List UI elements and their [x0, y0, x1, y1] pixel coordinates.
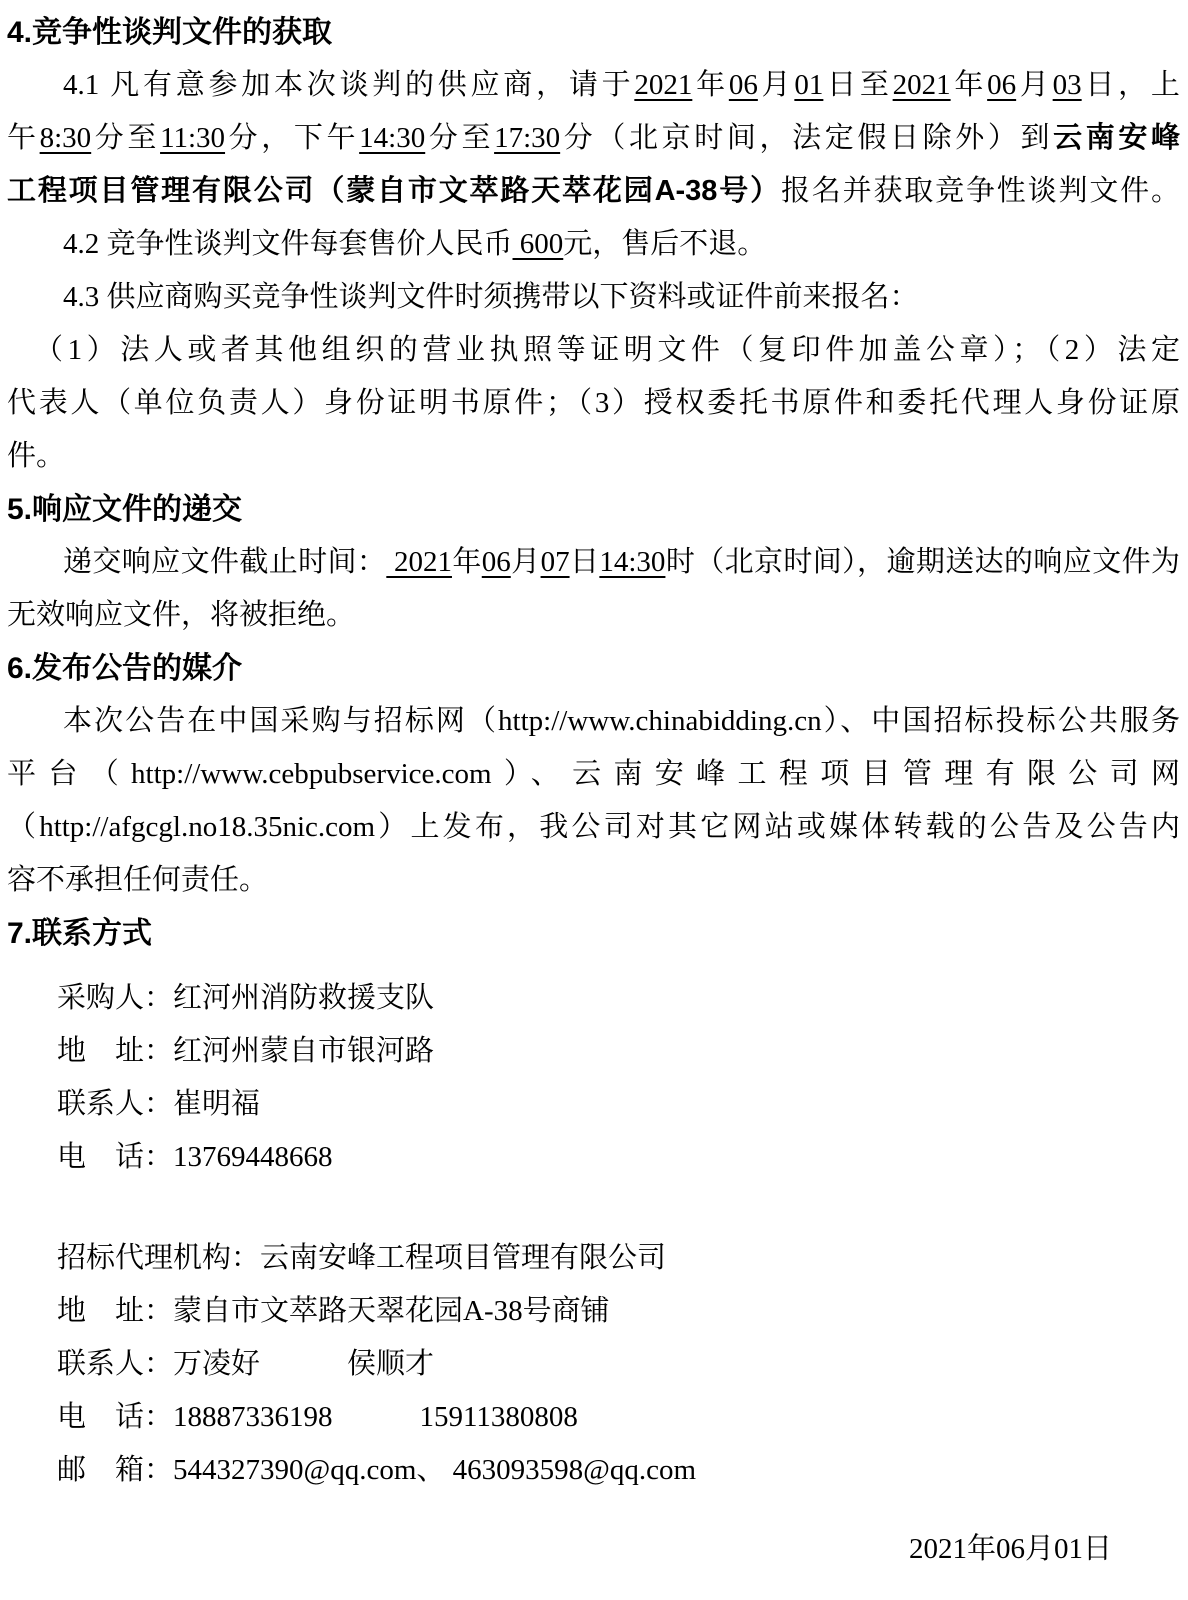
underlined-deadline-year: 2021	[386, 546, 452, 578]
para-6-line-3: （http://afgcgl.no18.35nic.com）上发布，我公司对其它…	[7, 801, 1180, 854]
para-6-line-4: 容不承担任何责任。	[7, 854, 1180, 907]
text-run: 分至	[425, 122, 494, 154]
underlined-date-month: 06	[987, 69, 1016, 101]
para-6-line-1: 本次公告在中国采购与招标网（http://www.chinabidding.cn…	[7, 695, 1180, 748]
para-4-3-item-line-2: 代表人（单位负责人）身份证明书原件；（3）授权委托书原件和委托代理人身份证原	[7, 377, 1180, 430]
para-4-1-line-3: 工程项目管理有限公司（蒙自市文萃路天萃花园A-38号）报名并获取竞争性谈判文件。	[7, 165, 1180, 218]
agency-phone: 电 话：18887336198 15911380808	[7, 1391, 1180, 1444]
text-run: 分（北京时间，法定假日除外）到	[560, 122, 1053, 154]
document-date: 2021年06月01日	[7, 1523, 1180, 1576]
text-run: 4.2 竞争性谈判文件每套售价人民币	[63, 228, 513, 260]
underlined-deadline-month: 06	[482, 546, 511, 578]
bold-agency-address: 工程项目管理有限公司（蒙自市文萃路天萃花园A-38号）	[7, 175, 781, 207]
para-5-line-1: 递交响应文件截止时间： 2021年06月07日14:30时（北京时间），逾期送达…	[7, 536, 1180, 589]
text-run: 日，上	[1082, 69, 1180, 101]
text-run: 分，下午	[225, 122, 359, 154]
text-run: 报名并获取竞争性谈判文件。	[781, 175, 1180, 207]
para-5-line-2: 无效响应文件，将被拒绝。	[7, 589, 1180, 642]
underlined-time: 17:30	[494, 122, 560, 154]
section-5: 5.响应文件的递交 递交响应文件截止时间： 2021年06月07日14:30时（…	[7, 483, 1180, 642]
agency-email: 邮 箱：544327390@qq.com、 463093598@qq.com	[7, 1444, 1180, 1497]
para-4-1-line-2: 午8:30分至11:30分，下午14:30分至17:30分（北京时间，法定假日除…	[7, 112, 1180, 165]
section-7: 7.联系方式 采购人：红河州消防救援支队 地 址：红河州蒙自市银河路 联系人：崔…	[7, 907, 1180, 1497]
section-4: 4.竞争性谈判文件的获取 4.1 凡有意参加本次谈判的供应商，请于2021年06…	[7, 6, 1180, 483]
text-run: 日	[570, 546, 600, 578]
agency-address: 地 址：蒙自市文萃路天翠花园A-38号商铺	[7, 1285, 1180, 1338]
text-run: 月	[511, 546, 541, 578]
agency-name: 招标代理机构：云南安峰工程项目管理有限公司	[7, 1232, 1180, 1285]
para-4-1-line-1: 4.1 凡有意参加本次谈判的供应商，请于2021年06月01日至2021年06月…	[7, 59, 1180, 112]
underlined-date-year: 2021	[634, 69, 692, 101]
section-6: 6.发布公告的媒介 本次公告在中国采购与招标网（http://www.china…	[7, 642, 1180, 907]
section-6-heading: 6.发布公告的媒介	[7, 642, 1180, 695]
section-4-heading: 4.竞争性谈判文件的获取	[7, 6, 1180, 59]
underlined-time: 8:30	[40, 122, 92, 154]
para-6-line-2: 平台（http://www.cebpubservice.com）、云南安峰工程项…	[7, 748, 1180, 801]
para-4-3-item-line-3: 件。	[7, 430, 1180, 483]
underlined-date-day: 03	[1053, 69, 1082, 101]
underlined-deadline-day: 07	[541, 546, 570, 578]
text-run: 时（北京时间），逾期送达的响应文件为	[665, 546, 1180, 578]
text-run: 年	[452, 546, 482, 578]
section-5-heading: 5.响应文件的递交	[7, 483, 1180, 536]
underlined-date-year: 2021	[893, 69, 951, 101]
text-run: 分至	[91, 122, 160, 154]
para-4-3: 4.3 供应商购买竞争性谈判文件时须携带以下资料或证件前来报名：	[7, 271, 1180, 324]
agency-contact-person: 联系人：万凌好 侯顺才	[7, 1338, 1180, 1391]
text-run: 元，售后不退。	[563, 228, 766, 260]
text-run: 递交响应文件截止时间：	[63, 546, 386, 578]
underlined-date-month: 06	[729, 69, 758, 101]
text-run: 4.1 凡有意参加本次谈判的供应商，请于	[63, 69, 634, 101]
text-run: 日至	[823, 69, 892, 101]
underlined-time: 14:30	[359, 122, 425, 154]
underlined-price: 600	[513, 228, 564, 260]
section-7-heading: 7.联系方式	[7, 907, 1180, 960]
purchaser-address: 地 址：红河州蒙自市银河路	[7, 1025, 1180, 1078]
purchaser-phone: 电 话：13769448668	[7, 1131, 1180, 1184]
bold-agency-name: 云南安峰	[1053, 122, 1180, 154]
underlined-time: 11:30	[160, 122, 225, 154]
purchaser-name: 采购人：红河州消防救援支队	[7, 972, 1180, 1025]
text-run: 月	[1016, 69, 1053, 101]
para-4-2: 4.2 竞争性谈判文件每套售价人民币 600元，售后不退。	[7, 218, 1180, 271]
document-page: 4.竞争性谈判文件的获取 4.1 凡有意参加本次谈判的供应商，请于2021年06…	[0, 0, 1188, 1600]
underlined-deadline-time: 14:30	[599, 546, 665, 578]
para-4-3-item-line-1: （1）法人或者其他组织的营业执照等证明文件（复印件加盖公章）；（2）法定	[7, 324, 1180, 377]
purchaser-contact-person: 联系人：崔明福	[7, 1078, 1180, 1131]
text-run: 年	[692, 69, 729, 101]
underlined-date-day: 01	[794, 69, 823, 101]
text-run: 午	[7, 122, 40, 154]
text-run: 月	[758, 69, 795, 101]
text-run: 年	[951, 69, 988, 101]
